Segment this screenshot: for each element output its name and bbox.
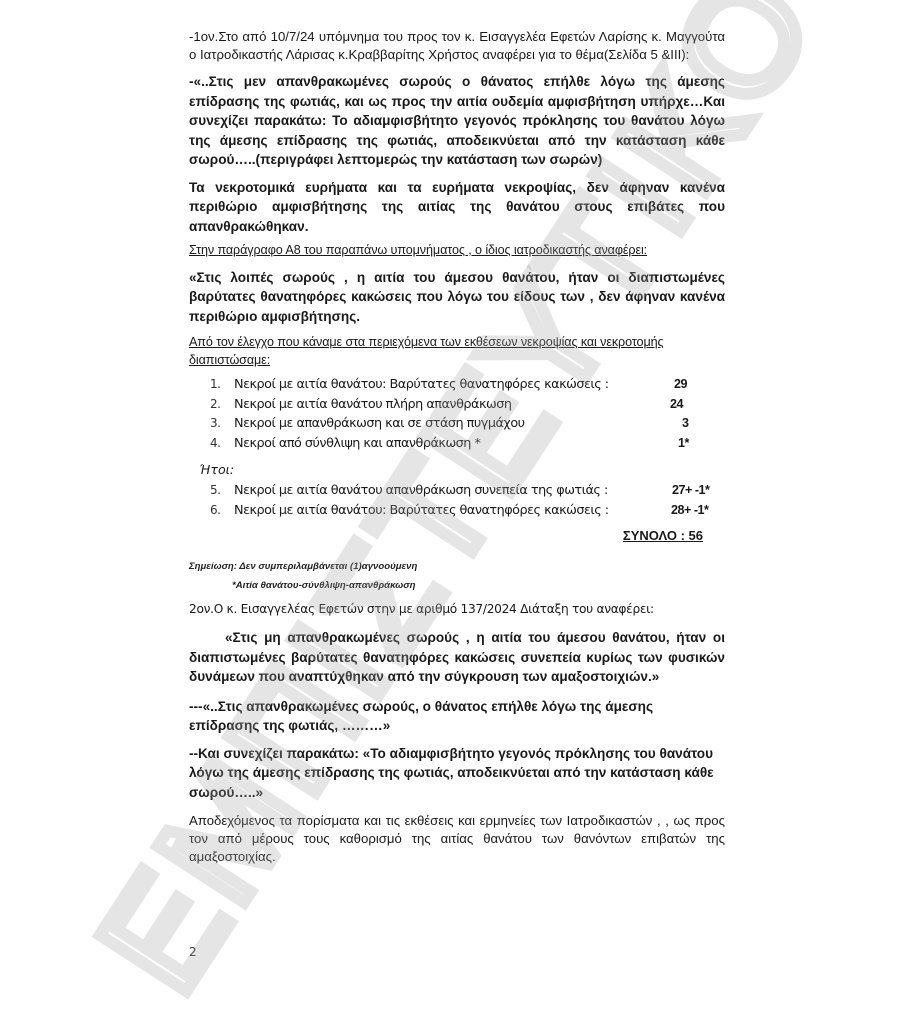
summary-list: 5. Νεκροί με αιτία θανάτου απανθράκωση σ… xyxy=(189,483,725,522)
heading-paragraph-a8: Στην παράγραφο Α8 του παραπάνω υπομνήματ… xyxy=(189,242,725,260)
list-item: 3. Νεκροί με απανθράκωση και σε στάση πυ… xyxy=(189,416,725,436)
closing-paragraph: Αποδεχόμενος τα πορίσματα και τις εκθέσε… xyxy=(189,812,725,866)
list-item: 5. Νεκροί με αιτία θανάτου απανθράκωση σ… xyxy=(189,483,725,503)
quote-other-remains: «Στις λοιπές σωρούς , η αιτία του άμεσου… xyxy=(189,268,725,327)
list-item: 1. Νεκροί με αιτία θανάτου: Βαρύτατες θα… xyxy=(189,377,725,397)
note-missing: Σημείωση: Δεν συμπεριλαμβάνεται (1)αγνοο… xyxy=(189,557,725,576)
note-asterisk: *Αιτία θανάτου-σύνθλιψη-απανθράκωση xyxy=(189,576,725,595)
list-item: 4. Νεκροί από σύνθλιψη και απανθράκωση *… xyxy=(189,436,725,456)
list-item-number: 4. xyxy=(210,436,234,450)
heading-our-check: Από τον έλεγχο που κάναμε στα περιεχόμεν… xyxy=(189,334,725,369)
itoi-label: Ήτοι: xyxy=(199,462,725,477)
intro-paragraph: -1ον.Στο από 10/7/24 υπόμνημα του προς τ… xyxy=(189,28,725,64)
quote-prosecutor-non-burned: «Στις μη απανθρακωμένες σωρούς , η αιτία… xyxy=(189,628,725,687)
total-row: ΣΥΝΟΛΟ : 56 xyxy=(189,528,703,543)
total-label: ΣΥΝΟΛΟ : 56 xyxy=(623,528,703,543)
list-item-text: Νεκροί από σύνθλιψη και απανθράκωση * xyxy=(234,436,634,451)
quote-coroner-burned: -«..Στις μεν απανθρακωμένες σωρούς ο θάν… xyxy=(189,72,725,170)
list-item: 6. Νεκροί με αιτία θανάτου: Βαρύτατες θα… xyxy=(189,503,725,523)
list-item-number: 2. xyxy=(210,397,234,411)
list-item-number: 1. xyxy=(210,377,234,391)
quote-prosecutor-continues: --Και συνεχίζει παρακάτω: «Το αδιαμφισβή… xyxy=(189,744,725,803)
list-item-text: Νεκροί με αιτία θανάτου: Βαρύτατες θανατ… xyxy=(234,377,634,392)
list-item-value: 24 xyxy=(634,397,683,411)
cause-of-death-list: 1. Νεκροί με αιτία θανάτου: Βαρύτατες θα… xyxy=(189,377,725,455)
list-item-text: Νεκροί με αιτία θανάτου πλήρη απανθράκωσ… xyxy=(234,397,634,412)
list-item-value: 28+ -1* xyxy=(634,503,708,517)
list-item-value: 27+ -1* xyxy=(634,483,709,497)
second-section-intro: 2ον.Ο κ. Εισαγγελέας Εφετών στην με αριθ… xyxy=(189,600,725,618)
list-item-number: 5. xyxy=(210,483,234,497)
list-item-value: 3 xyxy=(634,416,689,430)
list-item-text: Νεκροί με αιτία θανάτου: Βαρύτατες θανατ… xyxy=(234,503,634,518)
list-item-value: 1* xyxy=(634,436,689,450)
quote-autopsy-findings: Τα νεκροτομικά ευρήματα και τα ευρήματα … xyxy=(189,178,725,237)
list-item-number: 6. xyxy=(210,503,234,517)
page-number: 2 xyxy=(189,945,197,959)
list-item-number: 3. xyxy=(210,416,234,430)
quote-prosecutor-burned: ---«..Στις απανθρακωμένες σωρούς, ο θάνα… xyxy=(189,697,725,736)
list-item-text: Νεκροί με αιτία θανάτου απανθράκωση συνε… xyxy=(234,483,634,498)
list-item: 2. Νεκροί με αιτία θανάτου πλήρη απανθρά… xyxy=(189,397,725,417)
page-content: -1ον.Στο από 10/7/24 υπόμνημα του προς τ… xyxy=(189,28,725,866)
list-item-text: Νεκροί με απανθράκωση και σε στάση πυγμά… xyxy=(234,416,634,431)
document-page: -1ον.Στο από 10/7/24 υπόμνημα του προς τ… xyxy=(0,0,914,1024)
list-item-value: 29 xyxy=(634,377,687,391)
